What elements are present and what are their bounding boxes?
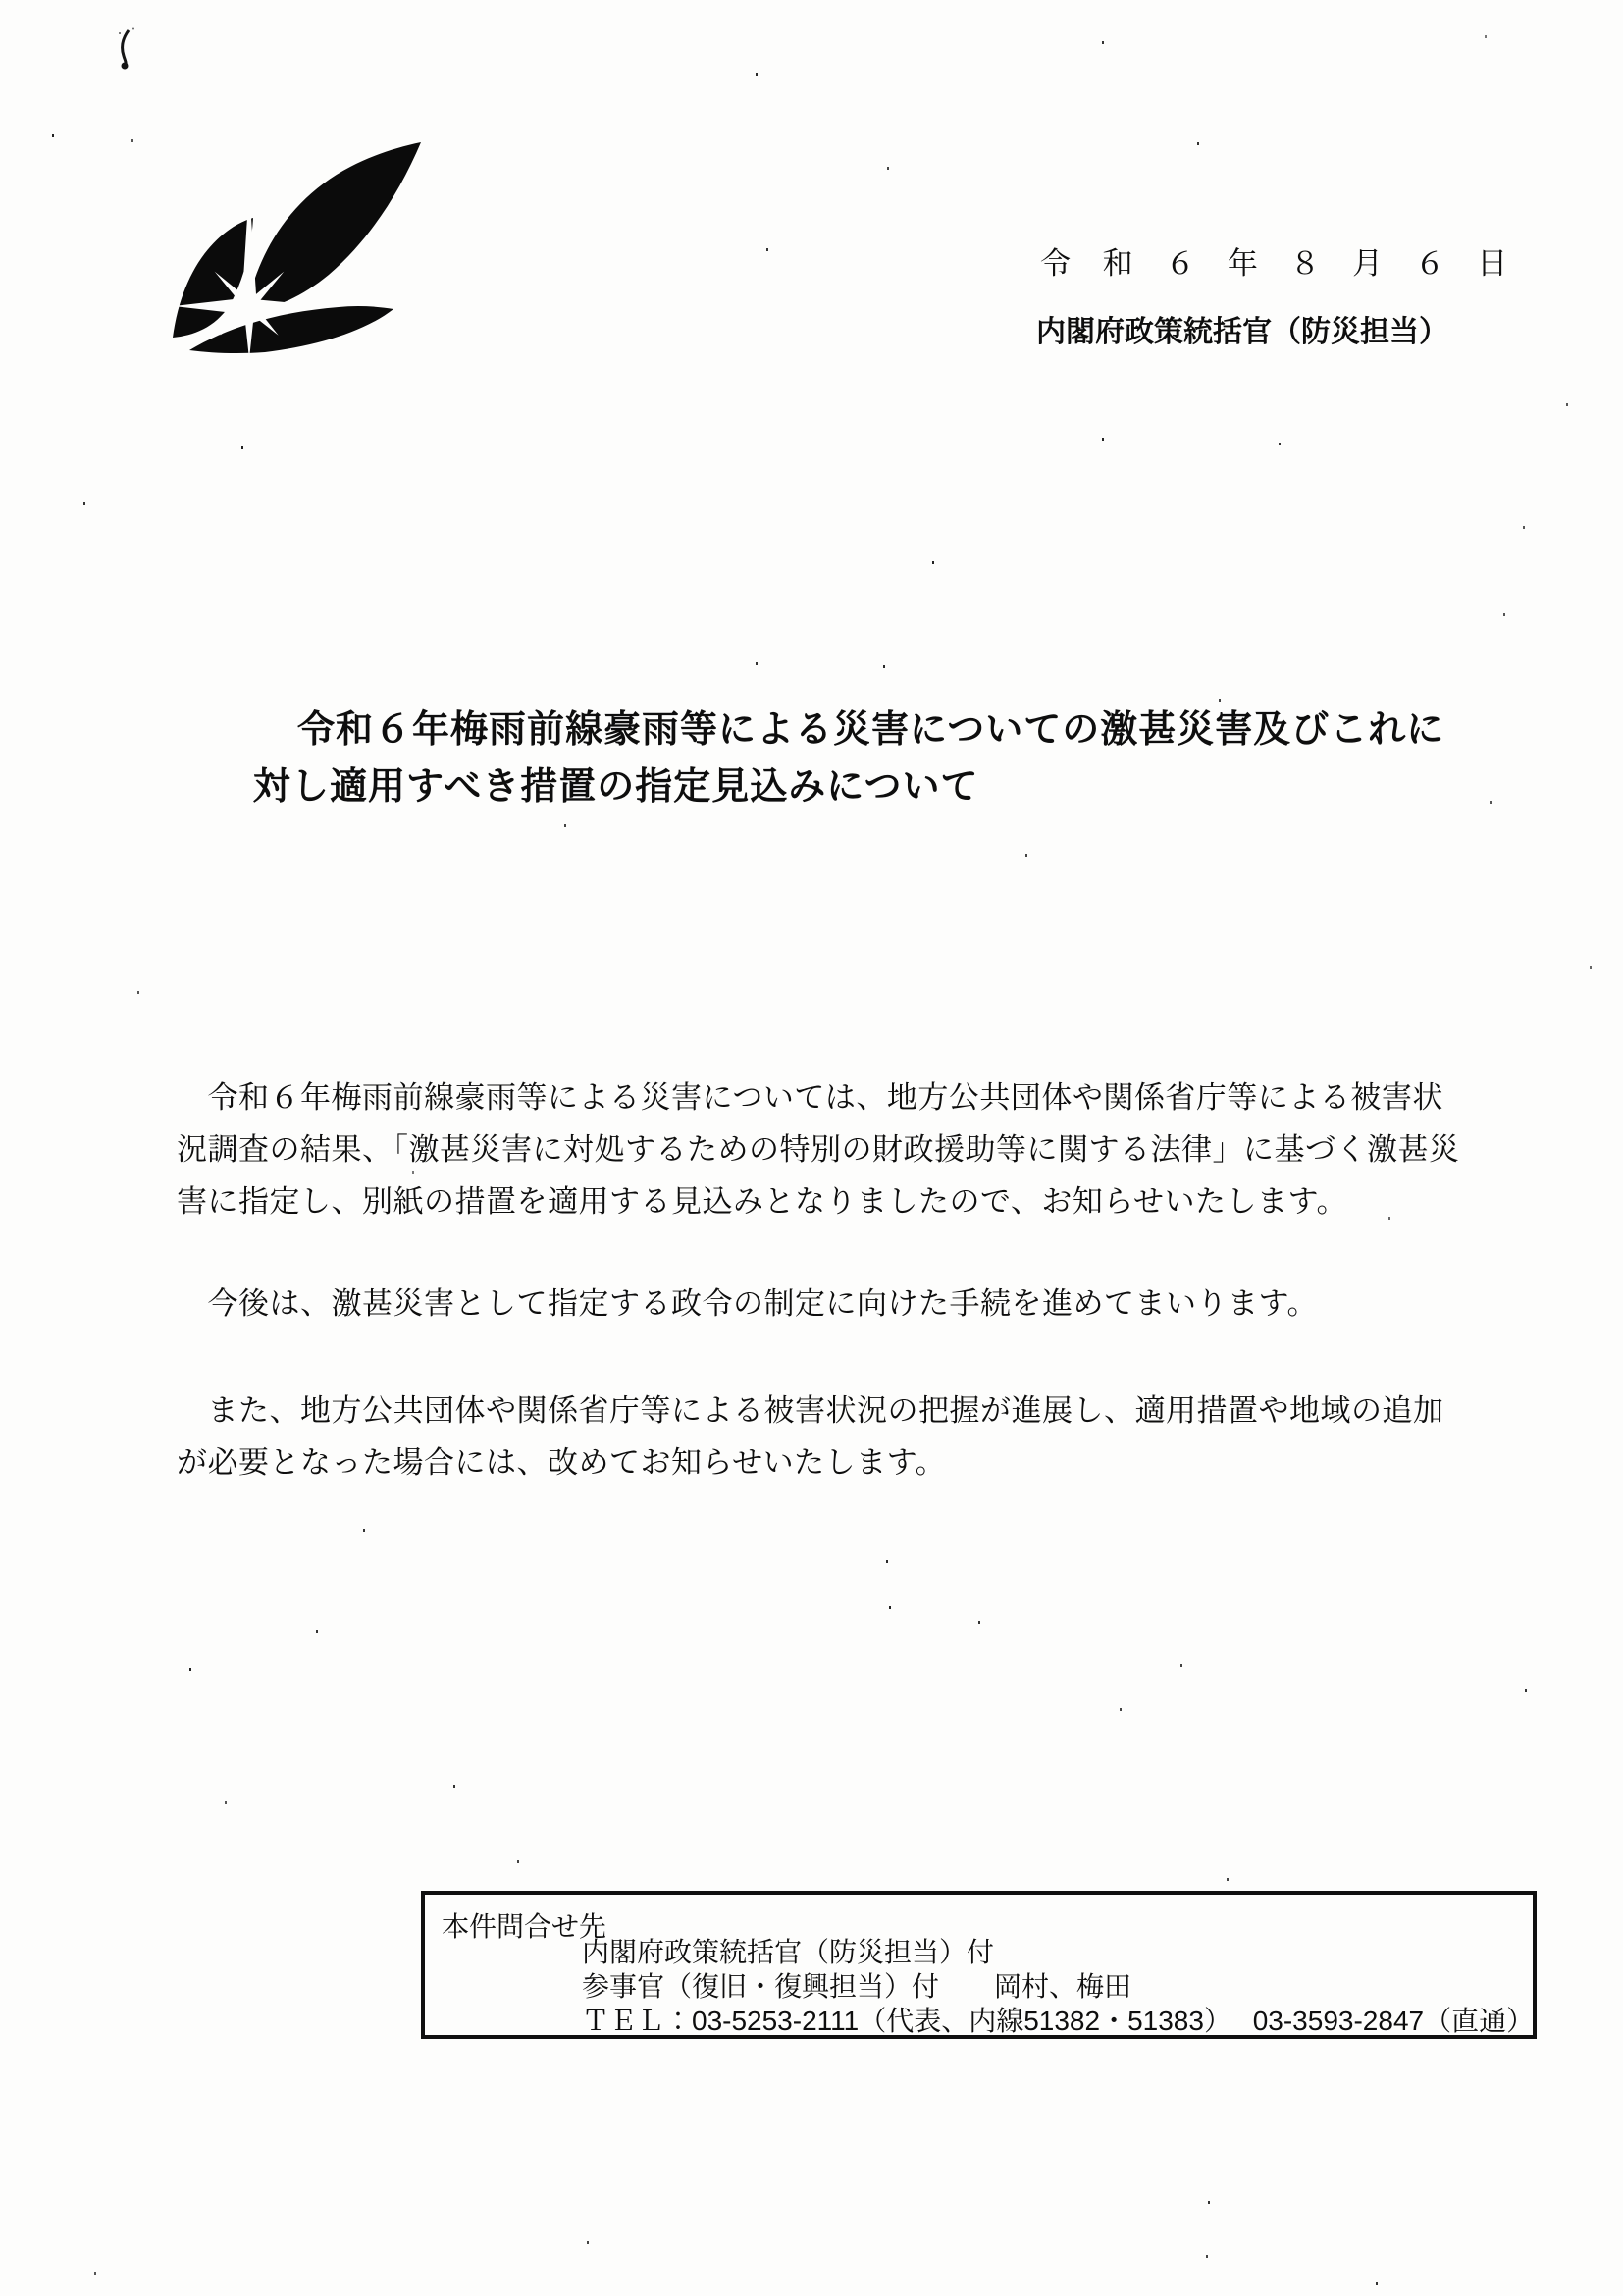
paragraph-3: また、地方公共団体や関係省庁等による被害状況の把握が進展し、適用措置や地域の追加… <box>177 1384 1511 1488</box>
contact-details: 内閣府政策統括官（防災担当）付 参事官（復旧・復興担当）付 岡村、梅田 ＴＥＬ：… <box>582 1935 1534 2038</box>
paragraph-1: 令和６年梅雨前線豪雨等による災害については、地方公共団体や関係省庁等による被害状… <box>177 1071 1511 1227</box>
paragraph-3-line1: また、地方公共団体や関係省庁等による被害状況の把握が進展し、適用措置や地域の追加 <box>177 1384 1511 1436</box>
contact-info-box: 本件問合せ先 内閣府政策統括官（防災担当）付 参事官（復旧・復興担当）付 岡村、… <box>421 1891 1537 2039</box>
ink-squiggle-mark <box>116 27 139 73</box>
document-title-line2: 対し適用すべき措置の指定見込みについて <box>253 758 1444 815</box>
leaf-sparkle-emblem-logo <box>132 137 423 357</box>
contact-counselor-line: 参事官（復旧・復興担当）付 岡村、梅田 <box>582 1969 1534 2004</box>
scanned-document-page: 令 和 ６ 年 ８ 月 ６ 日 内閣府政策統括官（防災担当） 令和６年梅雨前線豪… <box>0 0 1623 2296</box>
paragraph-1-line1: 令和６年梅雨前線豪雨等による災害については、地方公共団体や関係省庁等による被害状 <box>177 1071 1511 1123</box>
scan-noise-specks <box>0 0 2 3</box>
document-title: 令和６年梅雨前線豪雨等による災害についての激甚災害及びこれに 対し適用すべき措置… <box>253 702 1444 815</box>
paragraph-3-line2: が必要となった場合には、改めてお知らせいたします。 <box>177 1436 1511 1488</box>
paragraph-1-line3: 害に指定し、別紙の措置を適用する見込みとなりましたので、お知らせいたします。 <box>177 1175 1511 1227</box>
document-date: 令 和 ６ 年 ８ 月 ６ 日 <box>1040 238 1519 283</box>
contact-phone-line: ＴＥＬ：03-5253-2111（代表、内線51382・51383） 03-35… <box>582 2004 1534 2038</box>
paragraph-1-line2: 況調査の結果、「激甚災害に対処するための特別の財政援助等に関する法律」に基づく激… <box>177 1123 1511 1175</box>
paragraph-2-line1: 今後は、激甚災害として指定する政令の制定に向けた手続を進めてまいります。 <box>177 1278 1511 1330</box>
document-title-line1: 令和６年梅雨前線豪雨等による災害についての激甚災害及びこれに <box>253 702 1444 758</box>
contact-office-line: 内閣府政策統括官（防災担当）付 <box>582 1935 1534 1969</box>
paragraph-2: 今後は、激甚災害として指定する政令の制定に向けた手続を進めてまいります。 <box>177 1278 1511 1330</box>
issuing-organization: 内閣府政策統括官（防災担当） <box>1036 307 1448 350</box>
